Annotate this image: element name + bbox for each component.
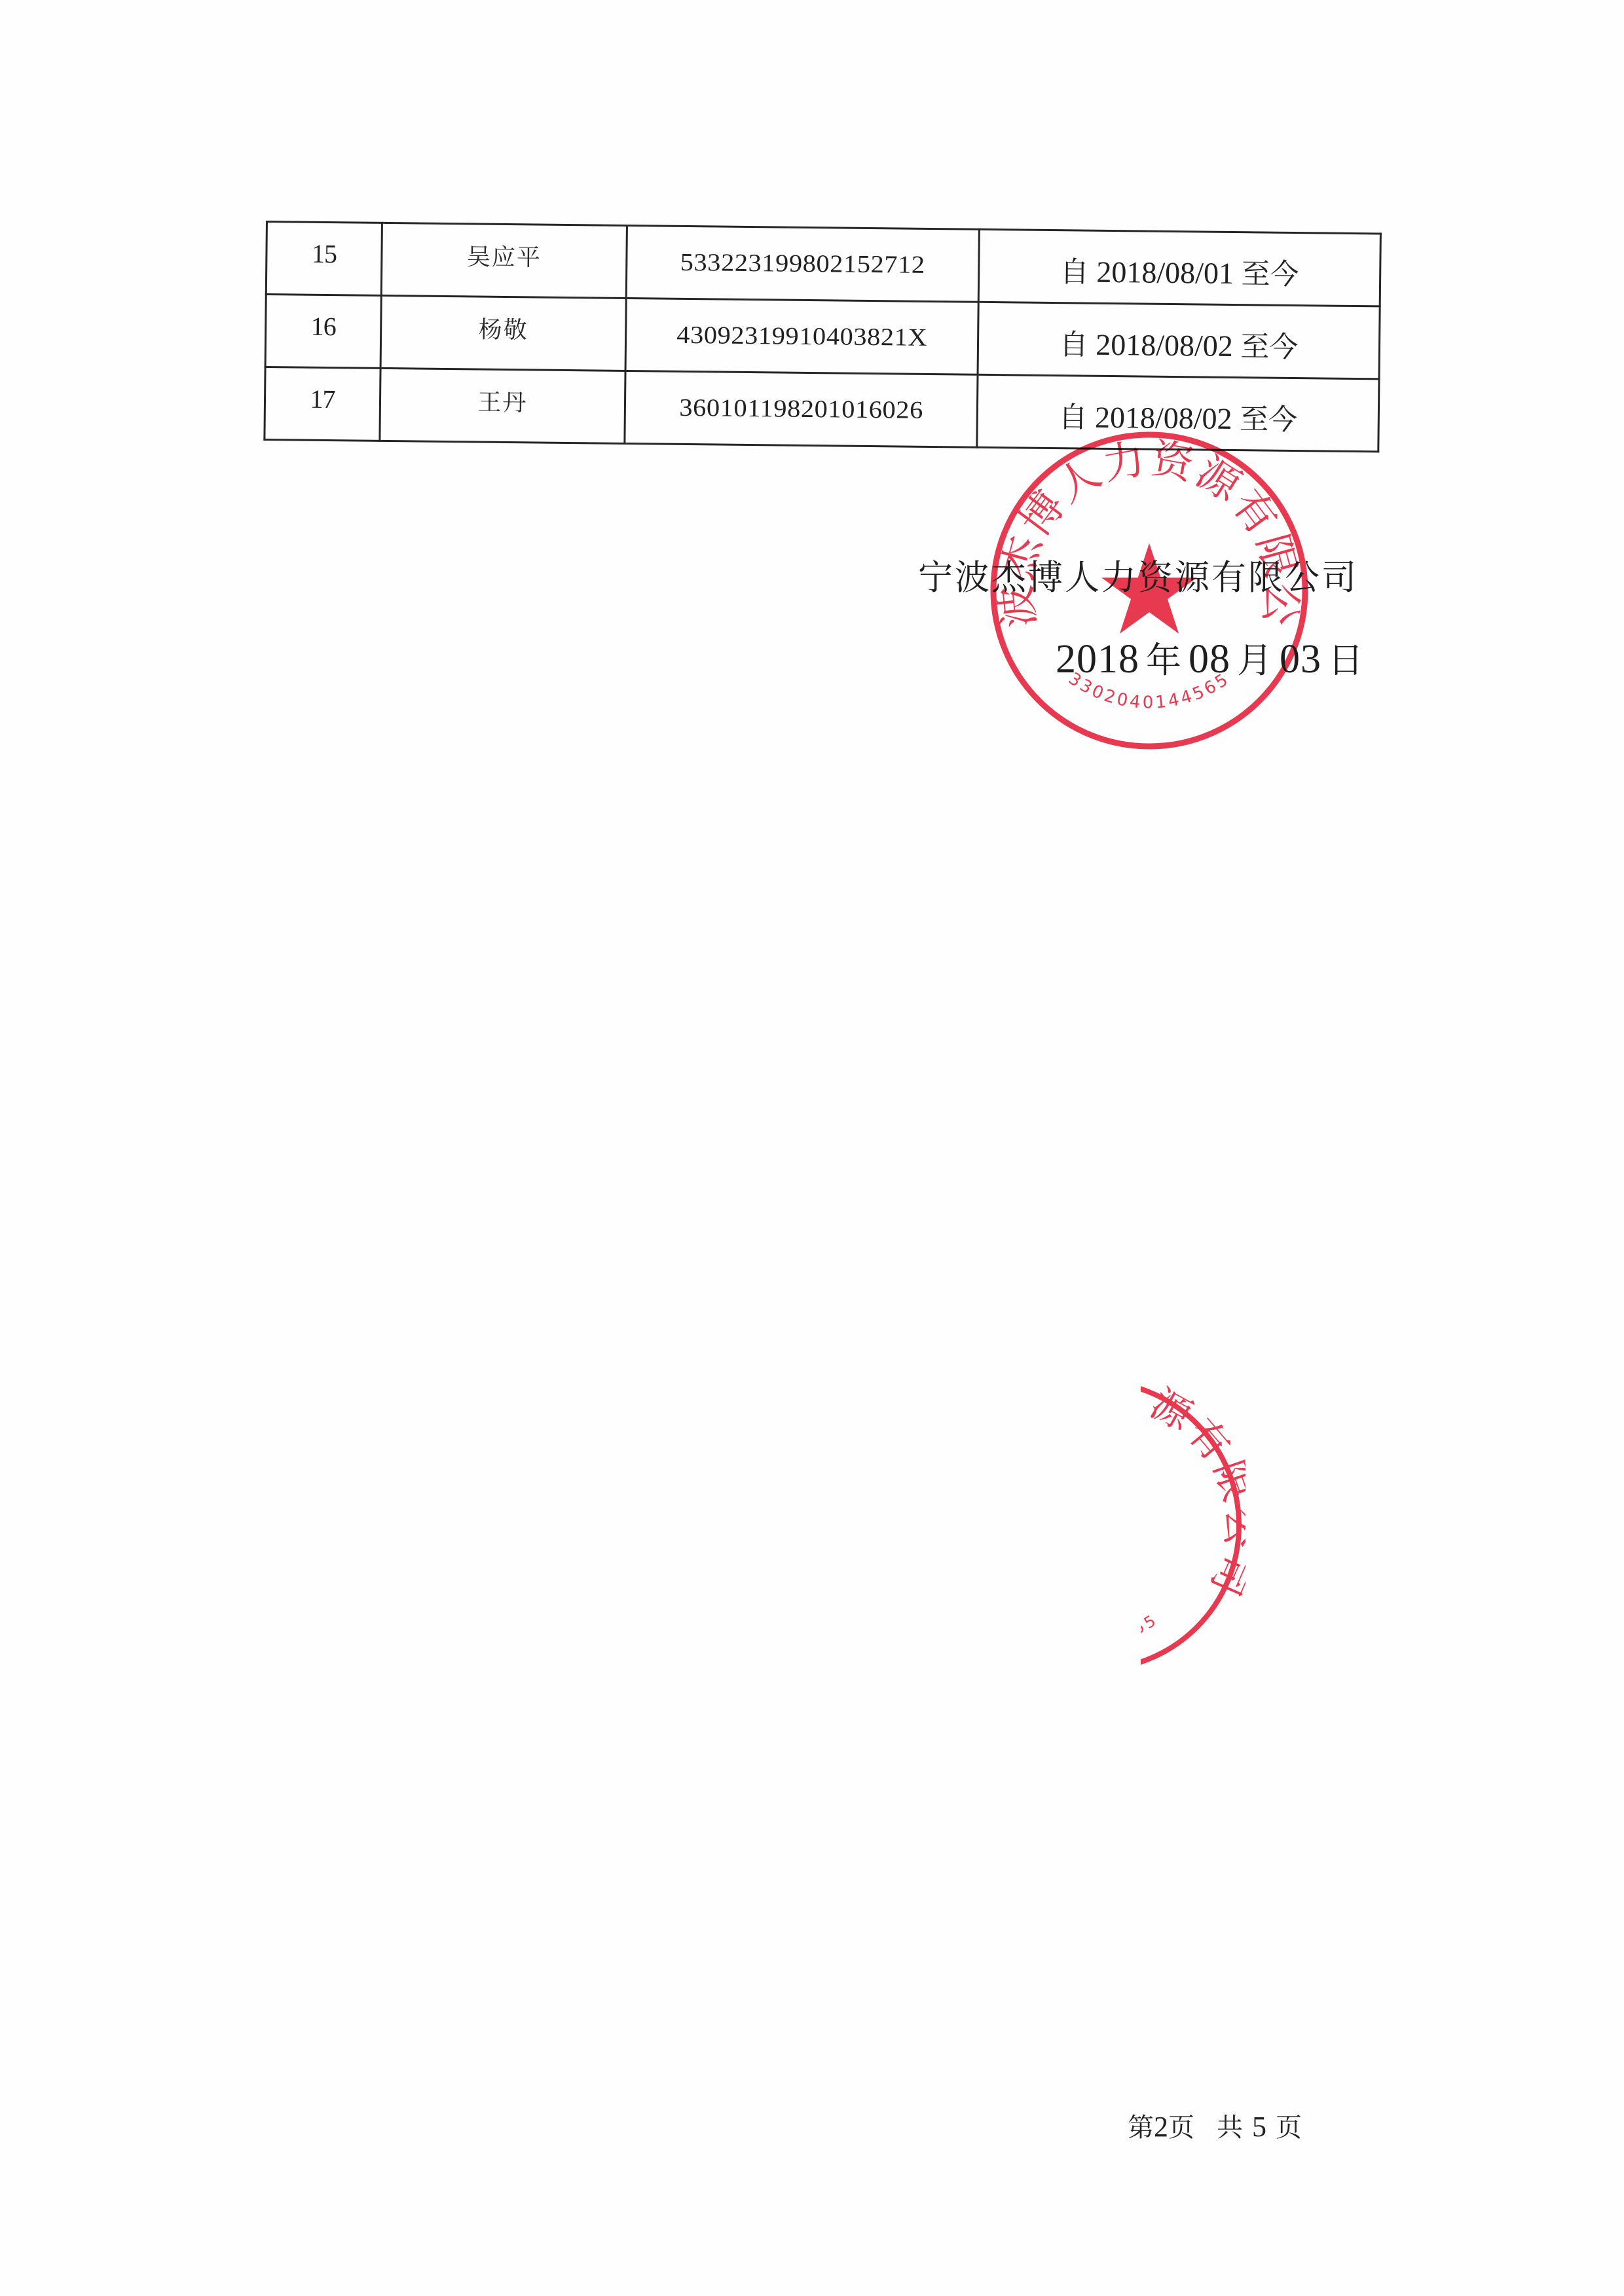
page-indicator: 第2页共5页 [1128,2107,1302,2144]
row-number: 16 [311,311,336,340]
row-number-cell: 15 [266,222,382,296]
period-cell: 自 2018/08/01 至今 [978,229,1380,306]
document-page: 15 吴应平 533223199802152712 自 2018/08/01 至… [0,0,1624,2296]
period-to-label: 至今 [1240,330,1299,364]
total-unit: 页 [1276,2113,1302,2143]
month-unit: 月 [1237,640,1273,681]
total-pages: 5 [1252,2111,1266,2143]
id-cell: 533223199802152712 [626,225,979,302]
signature-company-name: 宁波杰博人力资源有限公司 [918,550,1363,600]
partial-seal-text: 源有限公司 [1143,1381,1246,1606]
svg-text:144565: 144565 [1084,1610,1162,1649]
period-start-date: 2018/08/02 [1095,401,1232,435]
employee-name: 杨敬 [478,316,528,344]
signature-month: 08 [1189,637,1230,682]
employment-period: 自 2018/08/01 至今 [1060,248,1299,293]
row-number: 15 [312,238,337,268]
employee-name: 吴应平 [467,244,542,271]
employment-period: 自 2018/08/02 至今 [1058,393,1297,438]
page-unit: 页 [1168,2113,1194,2143]
employee-name: 王丹 [477,389,527,416]
id-cell: 43092319910403821X [625,298,978,374]
svg-text:源有限公司: 源有限公司 [1143,1381,1246,1606]
name-cell: 王丹 [380,368,625,443]
period-from-label: 自 [1060,255,1090,289]
row-number-cell: 17 [265,367,380,441]
partial-seal-icon: 源有限公司 144565 [944,1375,1246,1676]
partial-seal-code: 144565 [1084,1610,1162,1649]
period-cell: 自 2018/08/02 至今 [977,374,1379,452]
signature-year: 2018 [1056,637,1139,682]
period-cell: 自 2018/08/02 至今 [978,302,1380,379]
page-prefix: 第 [1128,2113,1154,2143]
period-from-label: 自 [1059,328,1088,361]
name-cell: 吴应平 [381,223,627,298]
period-from-label: 自 [1058,401,1088,434]
id-number: 533223199802152712 [680,248,925,280]
table-row: 15 吴应平 533223199802152712 自 2018/08/01 至… [266,222,1380,306]
day-unit: 日 [1328,640,1364,681]
table-row: 16 杨敬 43092319910403821X 自 2018/08/02 至今 [265,295,1380,379]
row-number: 17 [310,384,335,413]
employee-roster-table: 15 吴应平 533223199802152712 自 2018/08/01 至… [263,221,1382,452]
name-cell: 杨敬 [380,295,626,371]
signature-day: 03 [1280,637,1321,682]
signature-date: 2018年08月03日 [1056,632,1371,683]
total-prefix: 共 [1217,2113,1243,2143]
period-to-label: 至今 [1240,403,1298,437]
row-number-cell: 16 [265,295,381,369]
period-start-date: 2018/08/02 [1096,328,1233,363]
table-row: 17 王丹 360101198201016026 自 2018/08/02 至今 [265,367,1379,452]
year-unit: 年 [1146,640,1182,681]
current-page: 2 [1154,2111,1168,2143]
period-to-label: 至今 [1241,257,1299,291]
employment-period: 自 2018/08/02 至今 [1059,321,1298,365]
id-number: 360101198201016026 [679,393,923,425]
id-number: 43092319910403821X [676,321,927,352]
id-cell: 360101198201016026 [625,371,978,447]
period-start-date: 2018/08/01 [1096,255,1234,290]
